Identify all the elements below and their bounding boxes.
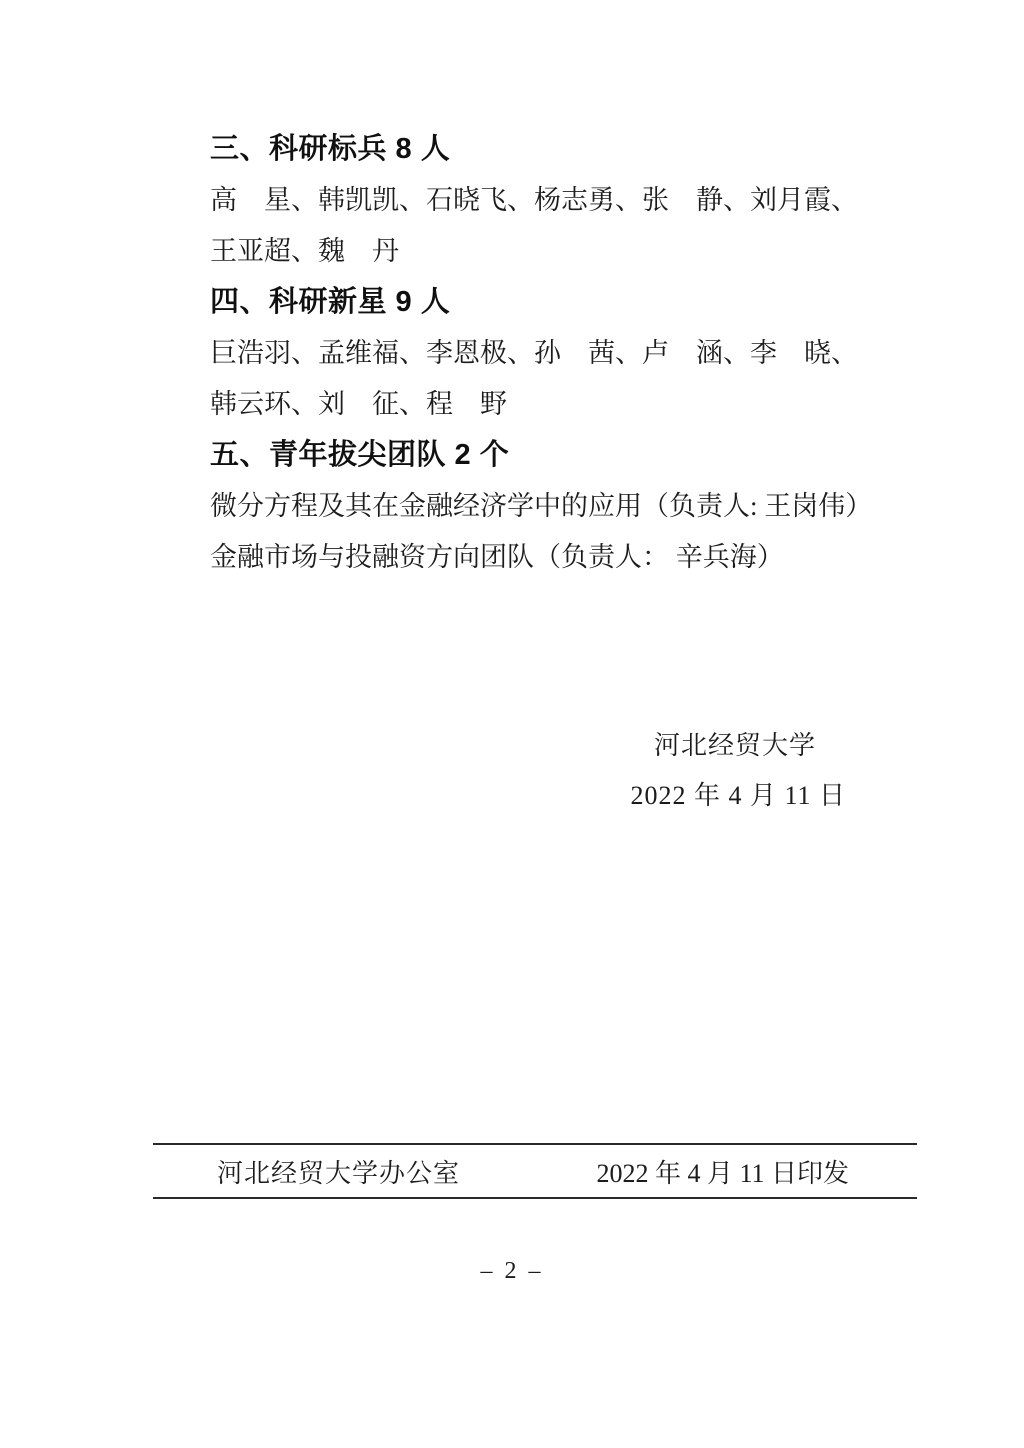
colophon: 河北经贸大学办公室 2022 年 4 月 11 日印发 bbox=[153, 1145, 917, 1197]
team-line: 金融市场与投融资方向团队（负责人： 辛兵海） bbox=[210, 532, 872, 583]
signature-org: 河北经贸大学 bbox=[210, 721, 872, 771]
names-line: 高 星、韩凯凯、石晓飞、杨志勇、张 静、刘月霞、 bbox=[210, 175, 872, 226]
team-line: 微分方程及其在金融经济学中的应用（负责人: 王岗伟） bbox=[210, 481, 872, 532]
signature-block: 河北经贸大学 2022 年 4 月 11 日 bbox=[210, 721, 872, 821]
names-line: 王亚超、魏 丹 bbox=[210, 226, 872, 277]
section-heading: 五、青年拔尖团队 2 个 bbox=[210, 430, 872, 481]
signature-date: 2022 年 4 月 11 日 bbox=[210, 771, 872, 821]
section-youth-top-teams: 五、青年拔尖团队 2 个 微分方程及其在金融经济学中的应用（负责人: 王岗伟） … bbox=[210, 430, 872, 583]
names-line: 巨浩羽、孟维福、李恩极、孙 茜、卢 涵、李 晓、 bbox=[210, 328, 872, 379]
document-body: 三、科研标兵 8 人 高 星、韩凯凯、石晓飞、杨志勇、张 静、刘月霞、 王亚超、… bbox=[210, 124, 872, 821]
document-page: 三、科研标兵 8 人 高 星、韩凯凯、石晓飞、杨志勇、张 静、刘月霞、 王亚超、… bbox=[0, 0, 1024, 1448]
colophon-divider-bottom bbox=[153, 1197, 917, 1199]
section-research-pacesetters: 三、科研标兵 8 人 高 星、韩凯凯、石晓飞、杨志勇、张 静、刘月霞、 王亚超、… bbox=[210, 124, 872, 277]
section-research-rising-stars: 四、科研新星 9 人 巨浩羽、孟维福、李恩极、孙 茜、卢 涵、李 晓、 韩云环、… bbox=[210, 277, 872, 430]
issuing-office: 河北经贸大学办公室 bbox=[153, 1153, 460, 1190]
page-number: – 2 – bbox=[0, 1258, 1024, 1285]
names-line: 韩云环、刘 征、程 野 bbox=[210, 379, 872, 430]
section-heading: 三、科研标兵 8 人 bbox=[210, 124, 872, 175]
section-heading: 四、科研新星 9 人 bbox=[210, 277, 872, 328]
print-date: 2022 年 4 月 11 日印发 bbox=[596, 1153, 917, 1190]
